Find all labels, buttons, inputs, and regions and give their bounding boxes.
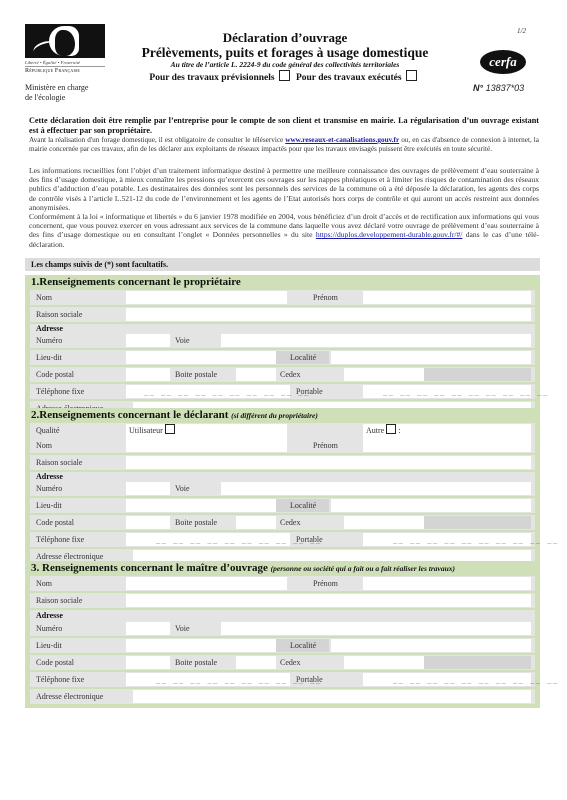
row-telephone: Téléphone fixe __ __ __ __ __ __ __ __ _…	[30, 384, 535, 399]
field-numero[interactable]	[126, 482, 170, 495]
option-previsionnels-label: Pour des travaux prévisionnels	[149, 73, 274, 83]
phone-mask: __ __ __ __ __ __ __ __ __ __	[393, 536, 559, 544]
row-qualite-nom-prenom: Qualité Nom Utilisateur Prénom Autre :	[30, 423, 535, 453]
section-title-text: 3. Renseignements concernant le maître d…	[31, 562, 268, 574]
field-localite[interactable]	[331, 351, 531, 364]
row-numero-voie: Numéro Voie	[30, 481, 535, 496]
option-utilisateur: Utilisateur	[129, 424, 175, 437]
label-portable: Portable	[296, 532, 323, 547]
form-subject: Prélèvements, puits et forages à usage d…	[110, 45, 460, 60]
section-maitre-ouvrage: 3. Renseignements concernant le maître d…	[25, 561, 540, 708]
label-code-postal: Code postal	[36, 515, 74, 530]
field-voie[interactable]	[221, 482, 531, 495]
field-nom[interactable]	[126, 577, 287, 590]
field-cedex[interactable]	[344, 368, 424, 381]
label-adresse: Adresse	[36, 610, 63, 621]
field-telephone-fixe[interactable]: __ __ __ __ __ __ __ __ __ __	[126, 385, 290, 398]
field-portable[interactable]: __ __ __ __ __ __ __ __ __ __	[363, 533, 531, 546]
section-proprietaire: 1.Renseignements concernant le propriéta…	[25, 275, 540, 420]
field-voie[interactable]	[221, 334, 531, 347]
republique-francaise-logo: Liberté • Égalité • Fraternité Républiqu…	[25, 24, 105, 74]
notice-paragraph-1: Avant la réalisation d'un forage domesti…	[29, 136, 539, 153]
option-executes-label: Pour des travaux exécutés	[296, 73, 402, 83]
field-portable[interactable]: __ __ __ __ __ __ __ __ __ __	[363, 673, 531, 686]
phone-mask: __ __ __ __ __ __ __ __ __ __	[383, 388, 549, 396]
cerfa-number-prefix: N°	[473, 83, 483, 93]
field-code-postal[interactable]	[126, 656, 170, 669]
label-raison-sociale: Raison sociale	[36, 593, 82, 608]
label-prenom: Prénom	[313, 576, 338, 591]
label-nom: Nom	[36, 576, 52, 591]
label-voie: Voie	[175, 481, 190, 496]
field-lieu-dit[interactable]	[126, 639, 276, 652]
label-nom: Nom	[36, 438, 52, 453]
label-lieu-dit: Lieu-dit	[36, 498, 62, 513]
label-prenom: Prénom	[313, 438, 338, 453]
field-telephone-fixe[interactable]: __ __ __ __ __ __ __ __ __ __	[126, 533, 290, 546]
option-autre: Autre :	[366, 424, 400, 437]
field-telephone-fixe[interactable]: __ __ __ __ __ __ __ __ __ __	[126, 673, 290, 686]
phone-mask: __ __ __ __ __ __ __ __ __ __	[393, 676, 559, 684]
field-lieu-dit[interactable]	[126, 499, 276, 512]
row-raison-sociale: Raison sociale	[30, 307, 535, 322]
label-adresse-electronique: Adresse électronique	[36, 689, 103, 704]
section-declarant: 2.Renseignements concernant le déclarant…	[25, 408, 540, 568]
label-boite-postale: Boite postale	[175, 367, 217, 382]
utilisateur-checkbox[interactable]	[165, 424, 175, 434]
field-nom[interactable]	[126, 291, 287, 304]
field-numero[interactable]	[126, 334, 170, 347]
label-lieu-dit: Lieu-dit	[36, 638, 62, 653]
row-adresse-heading: Adresse	[30, 472, 535, 481]
label-utilisateur: Utilisateur	[129, 426, 163, 435]
form-title: Déclaration d’ouvrage	[110, 31, 460, 45]
field-cedex[interactable]	[344, 656, 424, 669]
legal-reference: Au titre de l’article L. 2224-9 du code …	[110, 60, 460, 70]
cedex-filler	[424, 656, 531, 669]
rights-text: Conformément à la loi « informatique et …	[29, 212, 539, 249]
field-boite-postale[interactable]	[236, 656, 276, 669]
duplos-link[interactable]: https://duplos.developpement-durable.gou…	[316, 230, 463, 239]
label-cedex: Cedex	[280, 655, 300, 670]
row-nom-prenom: Nom Prénom	[30, 290, 535, 305]
label-telephone-fixe: Téléphone fixe	[36, 384, 84, 399]
phone-mask: __ __ __ __ __ __ __ __ __ __	[144, 388, 310, 396]
privacy-text: Les informations recueillies font l’obje…	[29, 166, 539, 212]
autre-checkbox[interactable]	[386, 424, 396, 434]
label-raison-sociale: Raison sociale	[36, 455, 82, 470]
row-adresse-heading: Adresse	[30, 610, 535, 621]
section-title: 2.Renseignements concernant le déclarant…	[30, 408, 535, 423]
section-note: (si différent du propriétaire)	[231, 411, 318, 420]
label-telephone-fixe: Téléphone fixe	[36, 672, 84, 687]
field-voie[interactable]	[221, 622, 531, 635]
field-cedex[interactable]	[344, 516, 424, 529]
field-code-postal[interactable]	[126, 368, 170, 381]
form-title-block: Déclaration d’ouvrage Prélèvements, puit…	[110, 31, 460, 85]
row-lieu-dit-localite: Lieu-dit Localité	[30, 350, 535, 365]
cerfa-number: N° 13837*03	[473, 83, 524, 93]
republique-francaise: République Française	[25, 68, 105, 74]
field-numero[interactable]	[126, 622, 170, 635]
field-prenom[interactable]	[363, 291, 531, 304]
label-cedex: Cedex	[280, 515, 300, 530]
page-indicator: 1/2	[517, 27, 526, 35]
cerfa-number-value: 13837*03	[483, 83, 524, 93]
field-localite[interactable]	[331, 499, 531, 512]
field-code-postal[interactable]	[126, 516, 170, 529]
field-prenom[interactable]	[363, 577, 531, 590]
label-raison-sociale: Raison sociale	[36, 307, 82, 322]
label-boite-postale: Boite postale	[175, 655, 217, 670]
label-numero: Numéro	[36, 481, 62, 496]
field-raison-sociale[interactable]	[126, 308, 531, 321]
label-voie: Voie	[175, 333, 190, 348]
field-boite-postale[interactable]	[236, 368, 276, 381]
section-title: 3. Renseignements concernant le maître d…	[30, 561, 535, 576]
row-code-postal: Code postal Boite postale Cedex	[30, 515, 535, 530]
privacy-paragraph: Les informations recueillies font l’obje…	[29, 166, 539, 249]
label-autre: Autre	[366, 426, 384, 435]
row-numero-voie: Numéro Voie	[30, 333, 535, 348]
row-numero-voie: Numéro Voie	[30, 621, 535, 636]
label-telephone-fixe: Téléphone fixe	[36, 532, 84, 547]
label-portable: Portable	[296, 384, 323, 399]
notice-bold: Cette déclaration doit être remplie par …	[29, 116, 539, 136]
section-note: (personne ou société qui a fait ou a fai…	[271, 564, 455, 573]
label-cedex: Cedex	[280, 367, 300, 382]
field-adresse-electronique[interactable]	[133, 690, 531, 703]
option-previsionnels-checkbox[interactable]	[279, 70, 290, 81]
field-raison-sociale[interactable]	[126, 456, 531, 469]
cedex-filler	[424, 368, 531, 381]
row-lieu-dit-localite: Lieu-dit Localité	[30, 498, 535, 513]
section-title: 1.Renseignements concernant le propriéta…	[30, 275, 535, 290]
option-executes-checkbox[interactable]	[406, 70, 417, 81]
row-telephone: Téléphone fixe __ __ __ __ __ __ __ __ _…	[30, 532, 535, 547]
row-nom-prenom: Nom Prénom	[30, 576, 535, 591]
motto: Liberté • Égalité • Fraternité	[25, 60, 105, 67]
field-boite-postale[interactable]	[236, 516, 276, 529]
row-adresse-heading: Adresse	[30, 324, 535, 333]
autre-colon: :	[398, 426, 400, 435]
row-code-postal: Code postal Boite postale Cedex	[30, 367, 535, 382]
field-portable[interactable]: __ __ __ __ __ __ __ __ __ __	[363, 385, 531, 398]
cerfa-logo: cerfa	[480, 50, 526, 74]
row-raison-sociale: Raison sociale	[30, 593, 535, 608]
field-lieu-dit[interactable]	[126, 351, 276, 364]
label-nom: Nom	[36, 290, 52, 305]
section-title-text: 2.Renseignements concernant le déclarant	[31, 409, 228, 421]
row-raison-sociale: Raison sociale	[30, 455, 535, 470]
cedex-filler	[424, 516, 531, 529]
row-code-postal: Code postal Boite postale Cedex	[30, 655, 535, 670]
label-numero: Numéro	[36, 621, 62, 636]
section-title-text: 1.Renseignements concernant le propriéta…	[31, 276, 241, 288]
row-telephone: Téléphone fixe __ __ __ __ __ __ __ __ _…	[30, 672, 535, 687]
label-localite: Localité	[290, 350, 316, 365]
row-email: Adresse électronique	[30, 689, 535, 704]
field-raison-sociale[interactable]	[126, 594, 531, 607]
optional-fields-note: Les champs suivis de (*) sont facultatif…	[25, 258, 540, 271]
label-adresse: Adresse	[36, 324, 63, 333]
label-lieu-dit: Lieu-dit	[36, 350, 62, 365]
label-localite: Localité	[290, 498, 316, 513]
label-localite: Localité	[290, 638, 316, 653]
marianne-icon	[25, 24, 105, 58]
ministere-line2: de l'écologie	[25, 93, 125, 103]
notice-p1-text: Avant la réalisation d'un forage domesti…	[29, 136, 285, 144]
label-code-postal: Code postal	[36, 655, 74, 670]
field-localite[interactable]	[331, 639, 531, 652]
row-lieu-dit-localite: Lieu-dit Localité	[30, 638, 535, 653]
label-voie: Voie	[175, 621, 190, 636]
reseaux-canalisations-link[interactable]: www.reseaux-et-canalisations.gouv.fr	[285, 136, 399, 144]
label-numero: Numéro	[36, 333, 62, 348]
label-code-postal: Code postal	[36, 367, 74, 382]
label-adresse: Adresse	[36, 472, 63, 481]
label-portable: Portable	[296, 672, 323, 687]
ministere: Ministère en charge de l'écologie	[25, 83, 125, 103]
label-qualite: Qualité	[36, 423, 60, 438]
travaux-options: Pour des travaux prévisionnels Pour des …	[110, 70, 460, 85]
label-boite-postale: Boite postale	[175, 515, 217, 530]
label-prenom: Prénom	[313, 290, 338, 305]
